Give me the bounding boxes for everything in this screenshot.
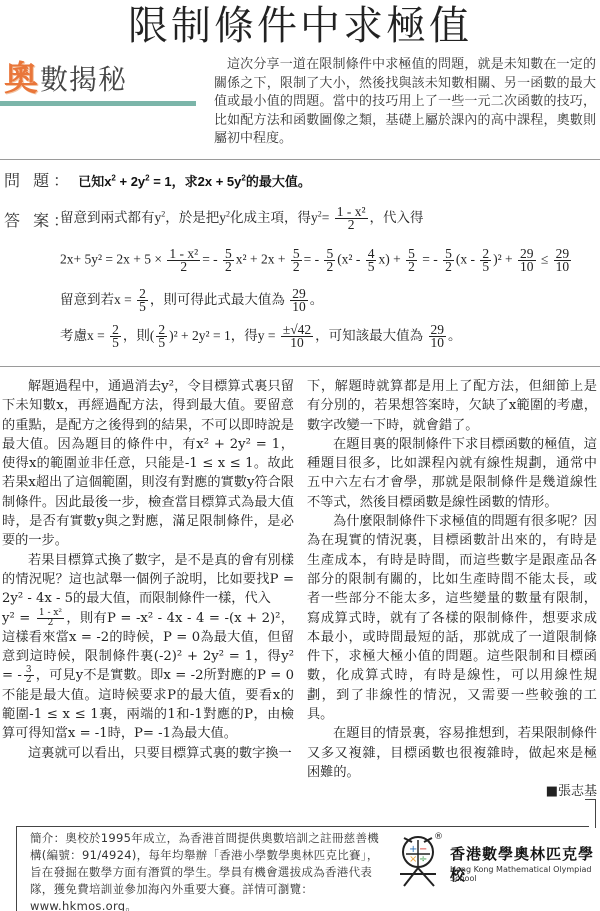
paragraph: 在題目裏的限制條件下求目標函數的極值，這種題目很多，比如課程內就有線性規劃，通常… (307, 435, 597, 512)
answer-equation: 2x+ 5y² = 2x + 5 × 1 - x²2= - 52x² + 2x … (60, 248, 573, 273)
column-brand-name: 數揭秘 (40, 62, 127, 98)
problem-section: 問 題： 已知x2 + 2y2 = 1，求2x + 5y2的最大值。 (4, 168, 311, 191)
paragraph: y² = 1 - x²2，則有P = -x² - 4x - 4 = -(x + … (2, 609, 294, 744)
school-intro: 簡介：奧校於1995年成立，為香港首間提供奧數培訓之註冊慈善機構(編號：91/4… (30, 830, 390, 911)
paragraph: 若果目標算式換了數字，是不是真的會有別樣的情況呢？這也試舉一個例子說明，比如要找… (2, 551, 294, 609)
brand-underline (0, 101, 196, 106)
divider-top (0, 159, 600, 160)
school-name-english: Hong Kong Mathematical Olympiad School (450, 865, 600, 883)
svg-text:÷: ÷ (419, 854, 427, 865)
svg-text:×: × (409, 854, 417, 865)
problem-label: 問 題： (4, 171, 73, 190)
author-byline: ■張志基 (307, 782, 597, 801)
article-title: 限制條件中求極值 (0, 2, 600, 50)
column-brand-accent: 奧 (4, 60, 38, 98)
footer-box-corner (585, 799, 596, 828)
answer-line-3: 留意到若x = 25，則可得此式最大值為 2910。 (60, 288, 323, 313)
paragraph: 為什麼限制條件下求極值的問題有很多呢？因為在現實的情況裏，目標函數計出來的，有時… (307, 512, 597, 724)
svg-text:®: ® (434, 832, 443, 842)
column-brand: 奧 數揭秘 (4, 60, 127, 98)
paragraph: 解題過程中，通過消去y²，令目標算式裏只留下未知數x，再經過配方法，得到最大值。… (2, 377, 294, 551)
paragraph: 在題目的情景裏，容易推想到，若果限制條件又多又複雜，目標函數也很複雜時，做起來是… (307, 724, 597, 782)
answer-line-1: 留意到兩式都有y2，於是把y2化成主項，得y2= 1 - x²2，代入得 (60, 206, 424, 231)
paragraph: 下，解題時就算都是用上了配方法，但細節上是有分別的，若果想答案時，欠缺了x範圍的… (307, 377, 597, 435)
body-right-column: 下，解題時就算都是用上了配方法，但細節上是有分別的，若果想答案時，欠缺了x範圍的… (307, 377, 597, 802)
intro-paragraph: 這次分享一道在限制條件中求極值的問題，就是未知數在一定的關係之下，限制了大小，然… (214, 56, 596, 149)
body-left-column: 解題過程中，通過消去y²，令目標算式裏只留下未知數x，再經過配方法，得到最大值。… (2, 377, 294, 763)
school-logo-icon: + − × ÷ ® (398, 830, 446, 888)
divider-middle (0, 366, 600, 367)
answer-line-4: 考慮x = 25，則(25)² + 2y² = 1，得y = ±√4210，可知… (60, 324, 462, 349)
paragraph: 這裏就可以看出，只要目標算式裏的數字換一 (2, 744, 294, 763)
problem-text: 已知x2 + 2y2 = 1，求2x + 5y2的最大值。 (78, 174, 311, 189)
